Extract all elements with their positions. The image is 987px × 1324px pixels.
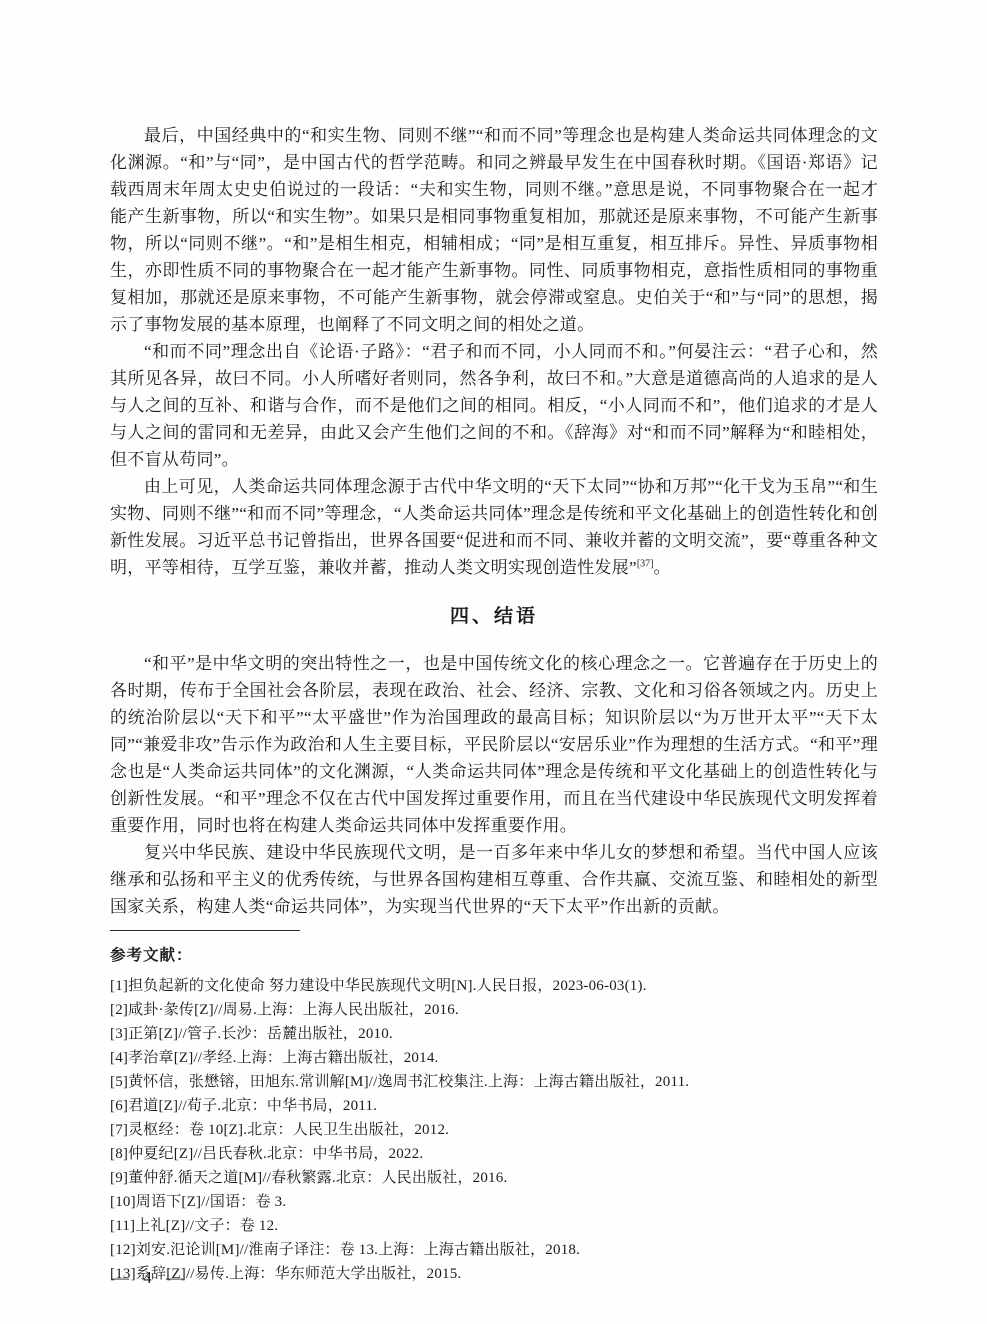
reference-item-5: [5]黄怀信，张懋镕，田旭东.常训解[M]//逸周书汇校集注.上海：上海古籍出版… bbox=[110, 1070, 878, 1094]
page-content: 最后，中国经典中的“和实生物、同则不继”“和而不同”等理念也是构建人类命运共同体… bbox=[110, 122, 878, 1286]
reference-item-11: [11]上礼[Z]//文子：卷 12. bbox=[110, 1214, 878, 1238]
reference-item-3: [3]正第[Z]//管子.长沙：岳麓出版社，2010. bbox=[110, 1022, 878, 1046]
reference-item-13: [13]系辞[Z]//易传.上海：华东师范大学出版社，2015. bbox=[110, 1262, 878, 1286]
references-list: [1]担负起新的文化使命 努力建设中华民族现代文明[N].人民日报，2023-0… bbox=[110, 974, 878, 1286]
reference-item-6: [6]君道[Z]//荀子.北京：中华书局，2011. bbox=[110, 1094, 878, 1118]
reference-item-10: [10]周语下[Z]//国语：卷 3. bbox=[110, 1190, 878, 1214]
reference-item-8: [8]仲夏纪[Z]//吕氏春秋.北京：中华书局，2022. bbox=[110, 1142, 878, 1166]
body-paragraph-3-tail: 。 bbox=[654, 558, 671, 577]
reference-item-9: [9]董仲舒.循天之道[M]//春秋繁露.北京：人民出版社，2016. bbox=[110, 1166, 878, 1190]
body-paragraph-1: 最后，中国经典中的“和实生物、同则不继”“和而不同”等理念也是构建人类命运共同体… bbox=[110, 122, 878, 338]
reference-item-2: [2]咸卦·彖传[Z]//周易.上海：上海人民出版社，2016. bbox=[110, 998, 878, 1022]
references-heading: 参考文献： bbox=[110, 943, 878, 965]
document-page: 最后，中国经典中的“和实生物、同则不继”“和而不同”等理念也是构建人类命运共同体… bbox=[0, 0, 987, 1324]
footnote-separator-rule bbox=[110, 930, 300, 931]
body-paragraph-3-text: 由上可见，人类命运共同体理念源于古代中华文明的“天下太同”“协和万邦”“化干戈为… bbox=[110, 477, 878, 577]
body-paragraph-5: 复兴中华民族、建设中华民族现代文明，是一百多年来中华儿女的梦想和希望。当代中国人… bbox=[110, 839, 878, 920]
footnote-marker-37: [37] bbox=[637, 558, 654, 569]
section-heading-conclusion: 四、结语 bbox=[110, 601, 878, 628]
body-paragraph-4: “和平”是中华文明的突出特性之一，也是中国传统文化的核心理念之一。它普遍存在于历… bbox=[110, 650, 878, 839]
reference-item-4: [4]孝治章[Z]//孝经.上海：上海古籍出版社，2014. bbox=[110, 1046, 878, 1070]
body-paragraph-3: 由上可见，人类命运共同体理念源于古代中华文明的“天下太同”“协和万邦”“化干戈为… bbox=[110, 473, 878, 581]
reference-item-7: [7]灵枢经：卷 10[Z].北京：人民卫生出版社，2012. bbox=[110, 1118, 878, 1142]
reference-item-1: [1]担负起新的文化使命 努力建设中华民族现代文明[N].人民日报，2023-0… bbox=[110, 974, 878, 998]
body-paragraph-2: “和而不同”理念出自《论语·子路》：“君子和而不同，小人同而不和。”何晏注云：“… bbox=[110, 338, 878, 473]
reference-item-12: [12]刘安.氾论训[M]//淮南子译注：卷 13.上海：上海古籍出版社，201… bbox=[110, 1238, 878, 1262]
page-number: — 4 — bbox=[112, 1268, 188, 1288]
